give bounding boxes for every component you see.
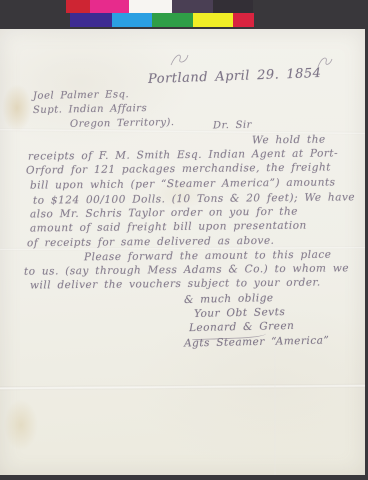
closing-oblige: & much oblige bbox=[184, 292, 274, 306]
body-line: We hold the bbox=[252, 134, 326, 147]
scanned-letter-page: Portland April 29. 1854 Joel Palmer Esq.… bbox=[0, 0, 368, 480]
paper-stain bbox=[4, 399, 38, 451]
calibration-swatch-magenta bbox=[90, 0, 129, 13]
calibration-swatch-white bbox=[129, 0, 172, 13]
body-line: Please forward the amount to this place bbox=[84, 249, 332, 264]
calibration-swatch-indigo bbox=[70, 13, 112, 27]
body-line: amount of said freight bill upon present… bbox=[30, 220, 307, 235]
body-line: receipts of F. M. Smith Esq. Indian Agen… bbox=[28, 147, 338, 162]
calibration-swatch-purple bbox=[172, 0, 213, 13]
date-line: Portland April 29. 1854 bbox=[148, 66, 322, 87]
calibration-swatch-black bbox=[213, 0, 253, 13]
body-line: Orford for 121 packages merchandise, the… bbox=[26, 161, 331, 176]
body-line: will deliver the vouchers subject to you… bbox=[30, 276, 321, 291]
calibration-swatch-cyan bbox=[112, 13, 152, 27]
calibration-swatch-red bbox=[66, 0, 90, 13]
letter-paper: Portland April 29. 1854 Joel Palmer Esq.… bbox=[0, 29, 365, 475]
paper-stain bbox=[2, 84, 32, 132]
body-line: to us. (say through Mess Adams & Co.) to… bbox=[24, 262, 349, 277]
fold-crease bbox=[0, 384, 365, 391]
signature-role: Agts Steamer “America” bbox=[184, 334, 330, 349]
body-line: to $124 00/100 Dolls. (10 Tons & 20 feet… bbox=[33, 191, 355, 206]
body-line: also Mr. Schris Taylor order on you for … bbox=[30, 206, 298, 221]
recipient-name: Joel Palmer Esq. bbox=[33, 89, 129, 102]
calibration-swatch-crimson bbox=[233, 13, 254, 27]
calibration-swatch-yellow bbox=[193, 13, 233, 27]
fold-crease-vertical bbox=[274, 309, 276, 475]
recipient-title: Supt. Indian Affairs bbox=[33, 103, 147, 116]
calibration-swatch-green bbox=[152, 13, 193, 27]
salutation: Dr. Sir bbox=[213, 120, 252, 132]
closing-valediction: Your Obt Sevts bbox=[194, 306, 286, 320]
ink-flourish bbox=[168, 51, 190, 67]
recipient-territory: Oregon Territory). bbox=[70, 117, 175, 130]
body-line: bill upon which (per “Steamer America”) … bbox=[30, 176, 336, 191]
